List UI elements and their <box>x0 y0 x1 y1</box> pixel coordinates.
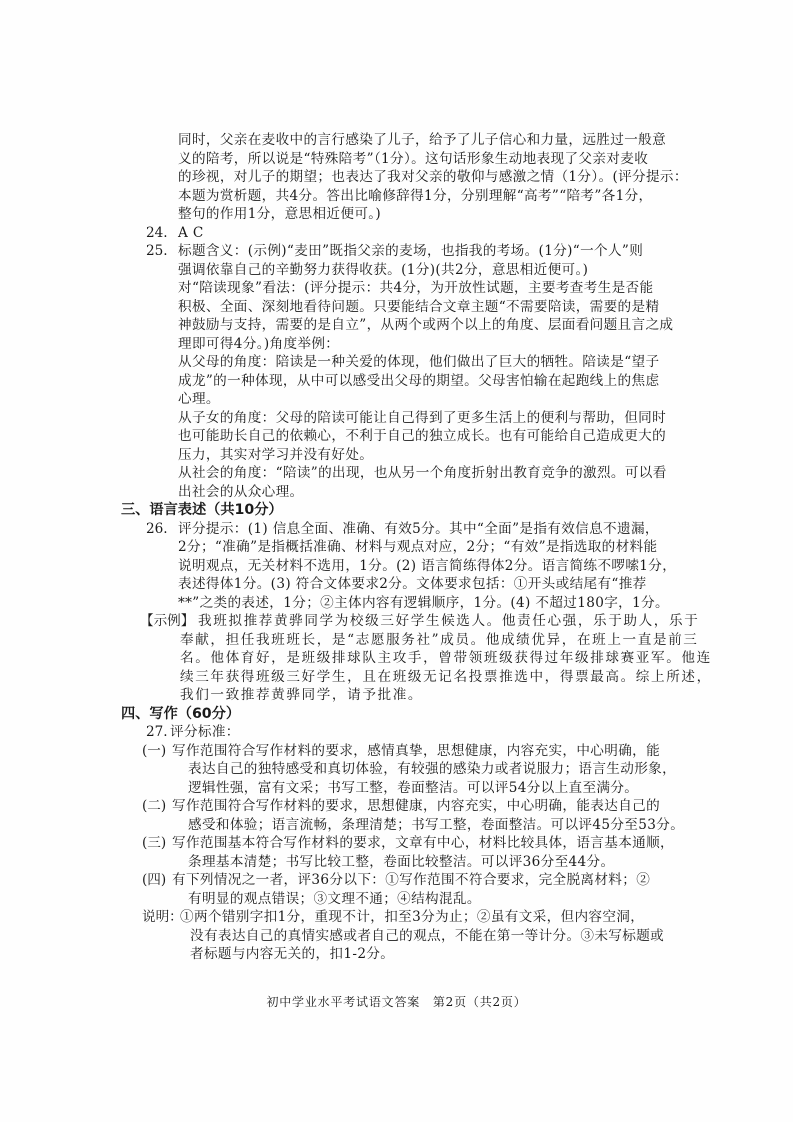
q27-number: 27. <box>146 723 168 742</box>
level-3-line: 写作范围基本符合写作材料的要求，文章有中心，材料比较具体，语言基本通顺， <box>172 834 674 853</box>
note-line: 者标题与内容无关的，扣1-2分。 <box>190 945 394 964</box>
q25-line: 从父母的角度：陪读是一种关爱的体现，他们做出了巨大的牺牲。陪读是“望子 <box>178 353 659 372</box>
q23-line: 的珍视，对儿子的期望；也表达了我对父亲的敬仰与感激之情（1分）。(评分提示： <box>178 168 688 187</box>
level-2-line: 写作范围符合写作材料的要求，思想健康，内容充实，中心明确，能表达自己的 <box>172 797 660 816</box>
example-line: 我们一致推荐黄骅同学，请予批准。 <box>180 686 423 705</box>
q25-line: 压力，其实对学习并没有好处。 <box>178 446 373 465</box>
q25-line: 理即可得4分。)角度举例： <box>178 335 339 354</box>
level-2-line: 感受和体验；语言流畅，条理清楚；书写工整，卷面整洁。可以评45分至53分。 <box>188 816 684 835</box>
level-1-line: 表达自己的独特感受和真切体验，有较强的感染力或者说服力；语言生动形象， <box>188 760 676 779</box>
q25-line: 积极、全面、深刻地看待问题。只要能结合文章主题“不需要陪读，需要的是精 <box>178 298 659 317</box>
example-line: 续三年获得班级三好学生，且在班级无记名投票推选中，得票最高。综上所述， <box>180 668 712 687</box>
answer-key-page: 同时，父亲在麦收中的言行感染了儿子，给予了儿子信心和力量，远胜过一般意 义的陪考… <box>0 0 793 1122</box>
q25-line: 从社会的角度：“陪读”的出现，也从另一个角度折射出教育竞争的激烈。可以看 <box>178 464 667 483</box>
q23-line: 整句的作用1分，意思相近便可。) <box>178 205 381 224</box>
q24-answer: A C <box>178 224 204 243</box>
q25-line: 心理。 <box>178 390 220 409</box>
example-label: 【示例】 <box>140 612 194 631</box>
section-4-heading: 四、写作（60分） <box>121 705 240 724</box>
q26-line: 评分提示：(1) 信息全面、准确、有效5分。其中“全面”是指有效信息不遗漏， <box>178 520 659 539</box>
level-1-label: (一) <box>142 742 166 761</box>
q25-line: 从子女的角度：父母的陪读可能让自己得到了更多生活上的便利与帮助，但同时 <box>178 409 666 428</box>
q25-line: 对“陪读现象”看法：(评分提示：共4分，为开放性试题，主要考查考生是否能 <box>178 279 653 298</box>
q26-line: 表述得体1分。(3) 符合文体要求2分。文体要求包括：①开头或结尾有“推荐 <box>178 575 647 594</box>
example-line: 名。他体育好，是班级排球队主攻手，曾带领班级获得过年级排球赛亚军。他连 <box>180 649 712 668</box>
q25-line: 神鼓励与支持，需要的是自立”，从两个或两个以上的角度、层面看问题且言之成 <box>178 316 673 335</box>
note-line: 没有表达自己的真情实感或者自己的观点，不能在第一等计分。③未写标题或 <box>190 927 664 946</box>
section-3-heading: 三、语言表述（共10分） <box>121 501 283 520</box>
level-1-line: 逻辑性强，富有文采；书写工整，卷面整洁。可以评54分以上直至满分。 <box>188 779 638 798</box>
q23-line: 本题为赏析题，共4分。答出比喻修辞得1分，分别理解“高考”“陪考”各1分， <box>178 187 653 206</box>
q23-line: 同时，父亲在麦收中的言行感染了儿子，给予了儿子信心和力量，远胜过一般意 <box>178 131 666 150</box>
example-line: 我班拟推荐黄骅同学为校级三好学生候选人。他责任心强，乐于助人，乐于 <box>198 612 699 631</box>
q26-line: 2分；“准确”是指概括准确、材料与观点对应，2分；“有效”是指选取的材料能 <box>178 538 657 557</box>
q25-line: 标题含义：(示例)“麦田”既指父亲的麦场，也指我的考场。(1分)“一个人”则 <box>178 242 643 261</box>
q24-number: 24. <box>146 224 168 243</box>
q25-line: 出社会的从众心理。 <box>178 483 304 502</box>
page-footer: 初中学业水平考试语文答案 第2页（共2页） <box>0 994 793 1010</box>
q26-line: **”之类的表述，1分；②主体内容有逻辑顺序，1分。(4) 不超过180字，1分… <box>178 594 669 613</box>
q25-line: 也可能助长自己的依赖心，不利于自己的独立成长。也有可能给自己造成更大的 <box>178 427 666 446</box>
level-4-line: 有明显的观点错误；③文理不通；④结构混乱。 <box>188 890 481 909</box>
q25-line: 成龙”的一种体现，从中可以感受出父母的期望。父母害怕输在起跑线上的焦虑 <box>178 372 659 391</box>
level-1-line: 写作范围符合写作材料的要求，感情真挚，思想健康，内容充实，中心明确，能 <box>172 742 660 761</box>
q26-line: 说明观点，无关材料不选用，1分。(2) 语言简练得体2分。语言简练不啰嗦1分， <box>178 557 676 576</box>
level-4-line: 有下列情况之一者，评36分以下：①写作范围不符合要求，完全脱离材料；② <box>172 871 650 890</box>
note-line: ①两个错别字扣1分，重现不计，扣至3分为止；②虽有文采，但内容空洞， <box>180 908 644 927</box>
q25-number: 25. <box>146 242 168 261</box>
q23-line: 义的陪考，所以说是“特殊陪考”（1分）。这句话形象生动地表现了父亲对麦收 <box>178 150 648 169</box>
level-3-line: 条理基本清楚；书写比较工整，卷面比较整洁。可以评36分至44分。 <box>188 853 614 872</box>
example-line: 奉献，担任我班班长，是“志愿服务社”成员。他成绩优异，在班上一直是前三 <box>180 631 699 650</box>
level-3-label: (三) <box>142 834 166 853</box>
level-4-label: (四) <box>142 871 166 890</box>
level-2-label: (二) <box>142 797 166 816</box>
q27-intro: 评分标准： <box>170 723 240 742</box>
note-label: 说明： <box>142 908 183 927</box>
q25-line: 强调依靠自己的辛勤努力获得收获。(1分)(共2分，意思相近便可。) <box>178 261 588 280</box>
q26-number: 26. <box>146 520 168 539</box>
